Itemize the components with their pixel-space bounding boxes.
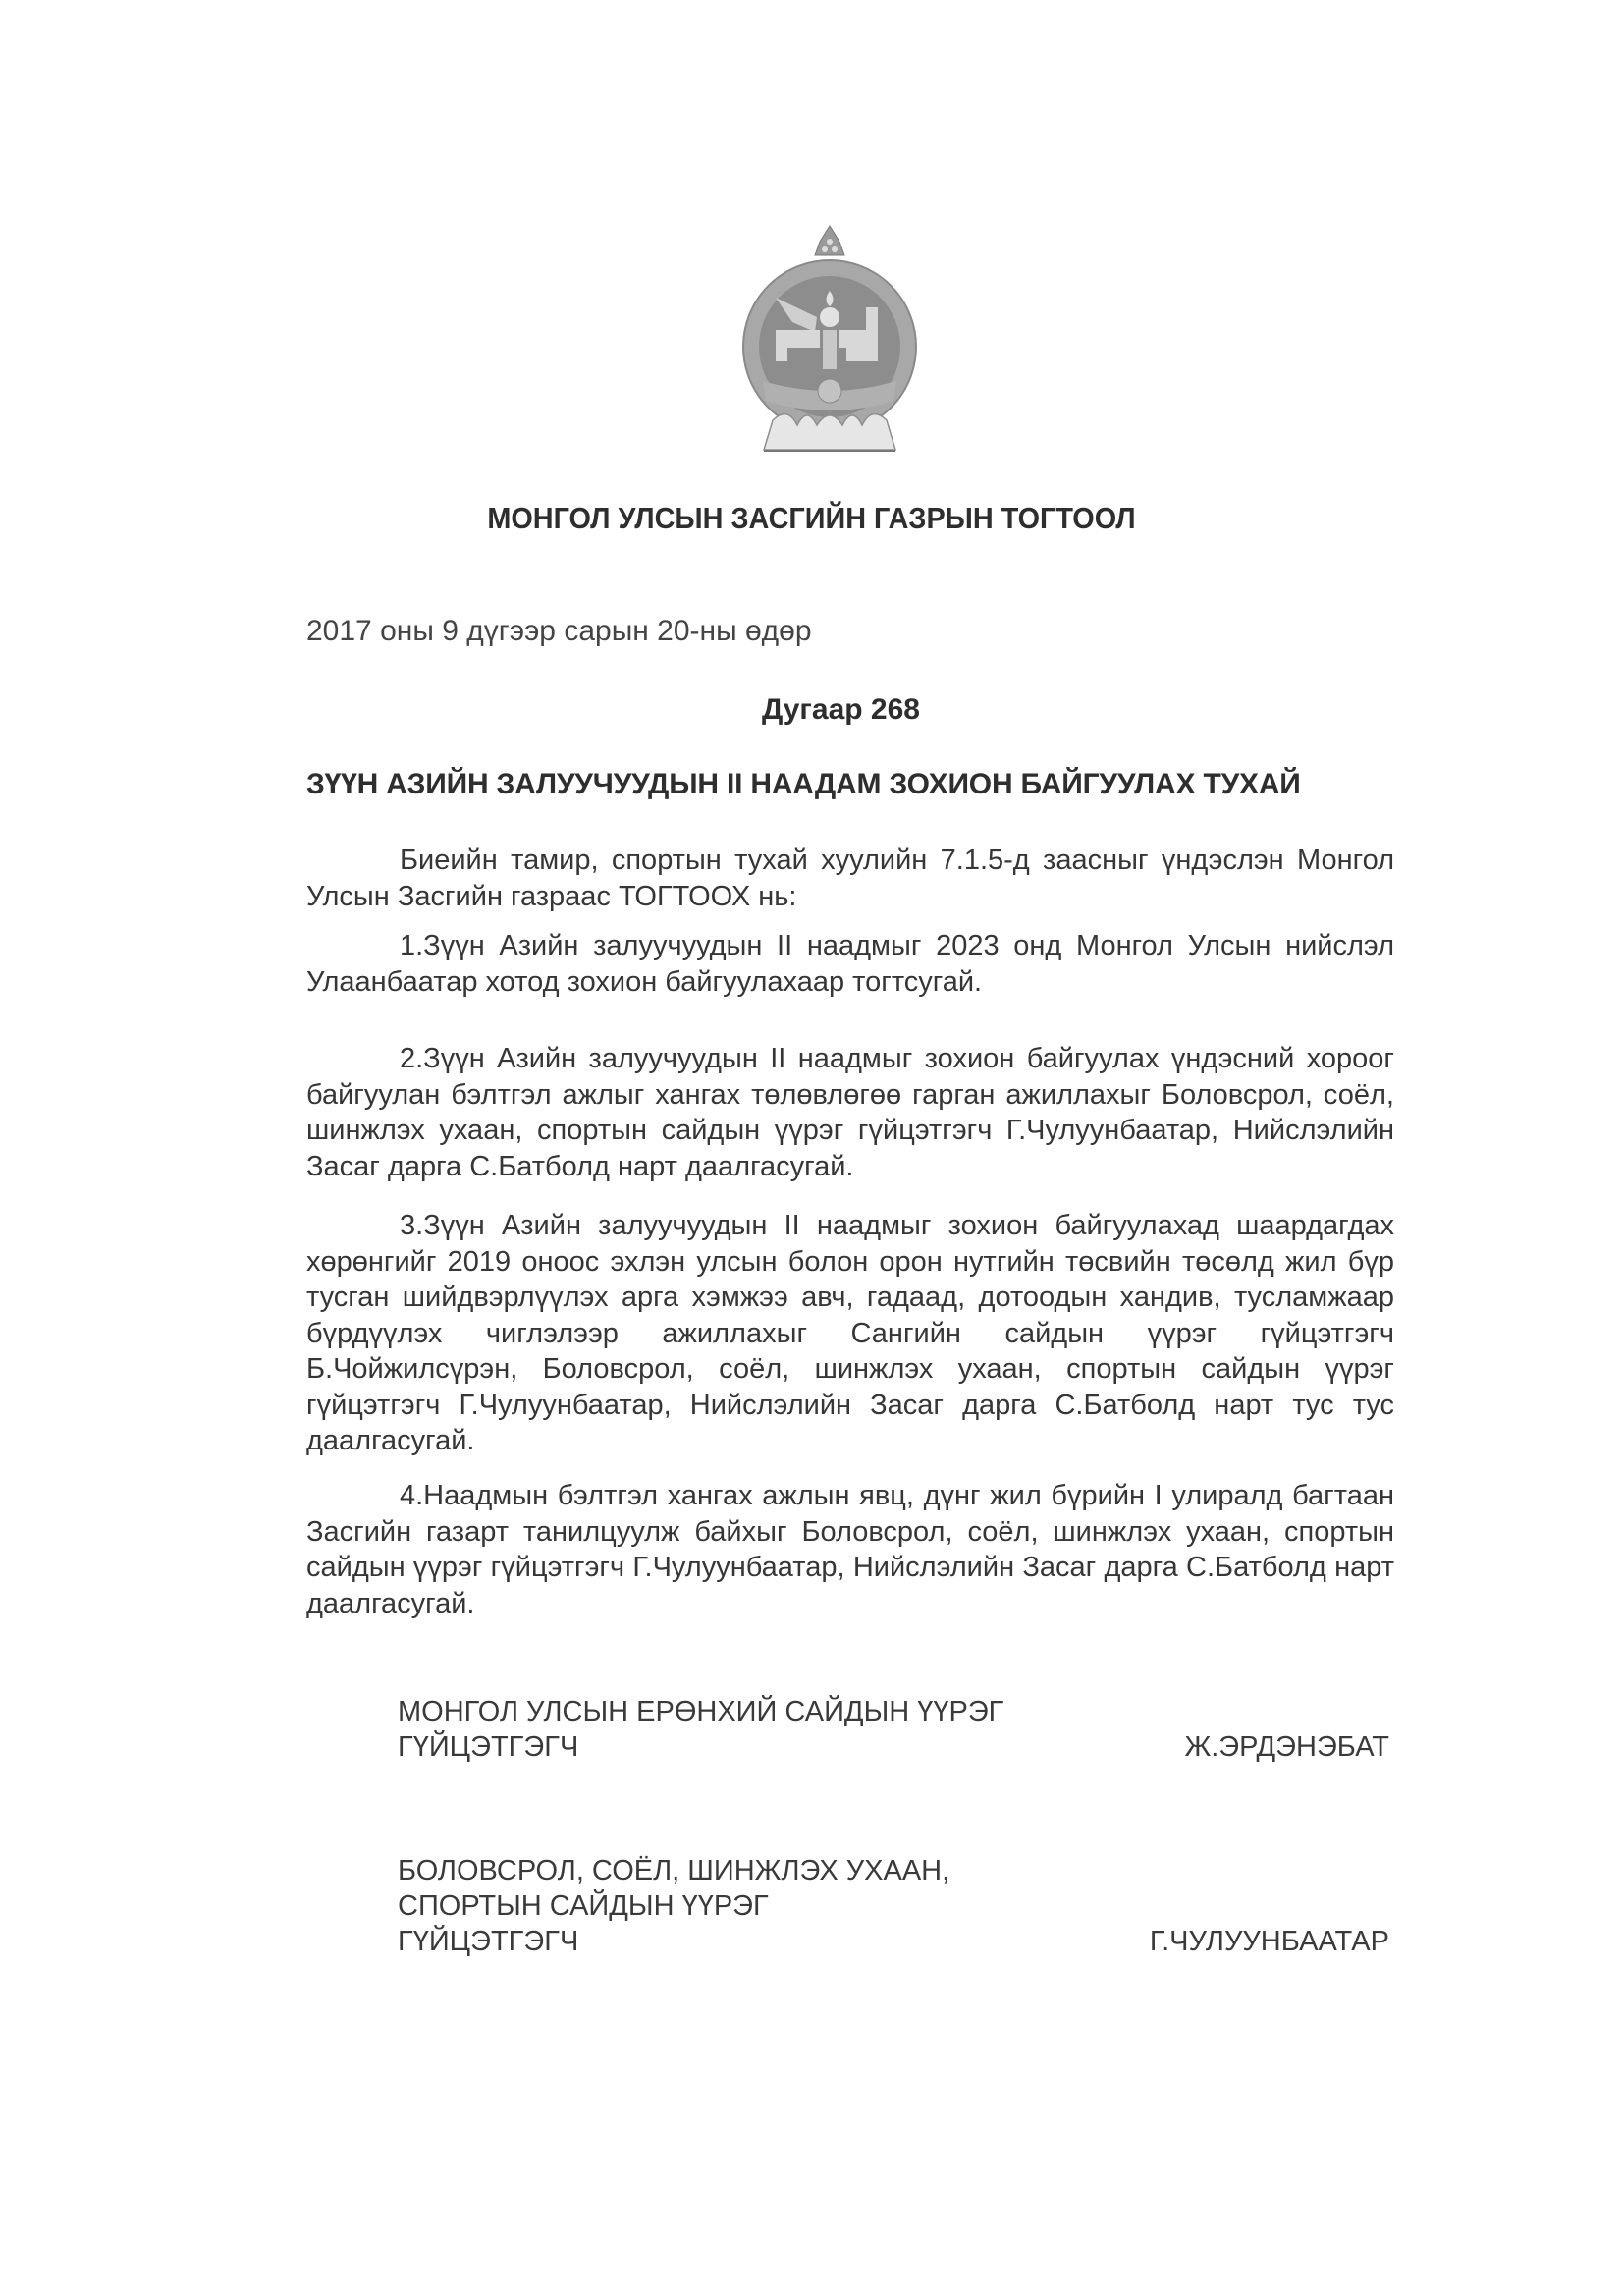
clause-1: 1.Зүүн Азийн залуучуудын II наадмыг 2023… — [306, 928, 1394, 1000]
signature-1-name: Ж.ЭРДЭНЭБАТ — [1184, 1729, 1389, 1765]
clause-3: 3.Зүүн Азийн залуучуудын II наадмыг зохи… — [306, 1208, 1394, 1459]
preamble-paragraph: Биеийн тамир, спортын тухай хуулийн 7.1.… — [306, 843, 1394, 914]
signature-2-name: Г.ЧУЛУУНБААТАР — [1150, 1924, 1389, 1959]
resolution-date: 2017 оны 9 дүгээр сарын 20-ны өдөр — [306, 615, 812, 648]
signature-1-title-line: МОНГОЛ УЛСЫН ЕРӨНХИЙ САЙДЫН ҮҮРЭГ — [398, 1694, 1003, 1729]
state-emblem-icon — [738, 224, 921, 465]
resolution-title: МОНГОЛ УЛСЫН ЗАСГИЙН ГАЗРЫН ТОГТООЛ — [57, 501, 1566, 536]
signature-2-title-line: ГҮЙЦЭТГЭГЧ — [398, 1924, 949, 1959]
resolution-subject: ЗҮҮН АЗИЙН ЗАЛУУЧУУДЫН II НААДАМ ЗОХИОН … — [306, 768, 1396, 801]
clause-2: 2.Зүүн Азийн залуучуудын II наадмыг зохи… — [306, 1041, 1394, 1184]
signature-2-title: БОЛОВСРОЛ, СОЁЛ, ШИНЖЛЭХ УХААН, СПОРТЫН … — [398, 1853, 949, 1959]
signature-2-title-line: БОЛОВСРОЛ, СОЁЛ, ШИНЖЛЭХ УХААН, — [398, 1853, 949, 1888]
signature-1-title: МОНГОЛ УЛСЫН ЕРӨНХИЙ САЙДЫН ҮҮРЭГ ГҮЙЦЭТ… — [398, 1694, 1003, 1765]
signature-2-title-line: СПОРТЫН САЙДЫН ҮҮРЭГ — [398, 1888, 949, 1924]
signature-1-title-line: ГҮЙЦЭТГЭГЧ — [398, 1729, 1003, 1765]
clause-4: 4.Наадмын бэлтгэл хангах ажлын явц, дүнг… — [306, 1478, 1394, 1621]
resolution-number: Дугаар 268 — [0, 693, 1623, 727]
